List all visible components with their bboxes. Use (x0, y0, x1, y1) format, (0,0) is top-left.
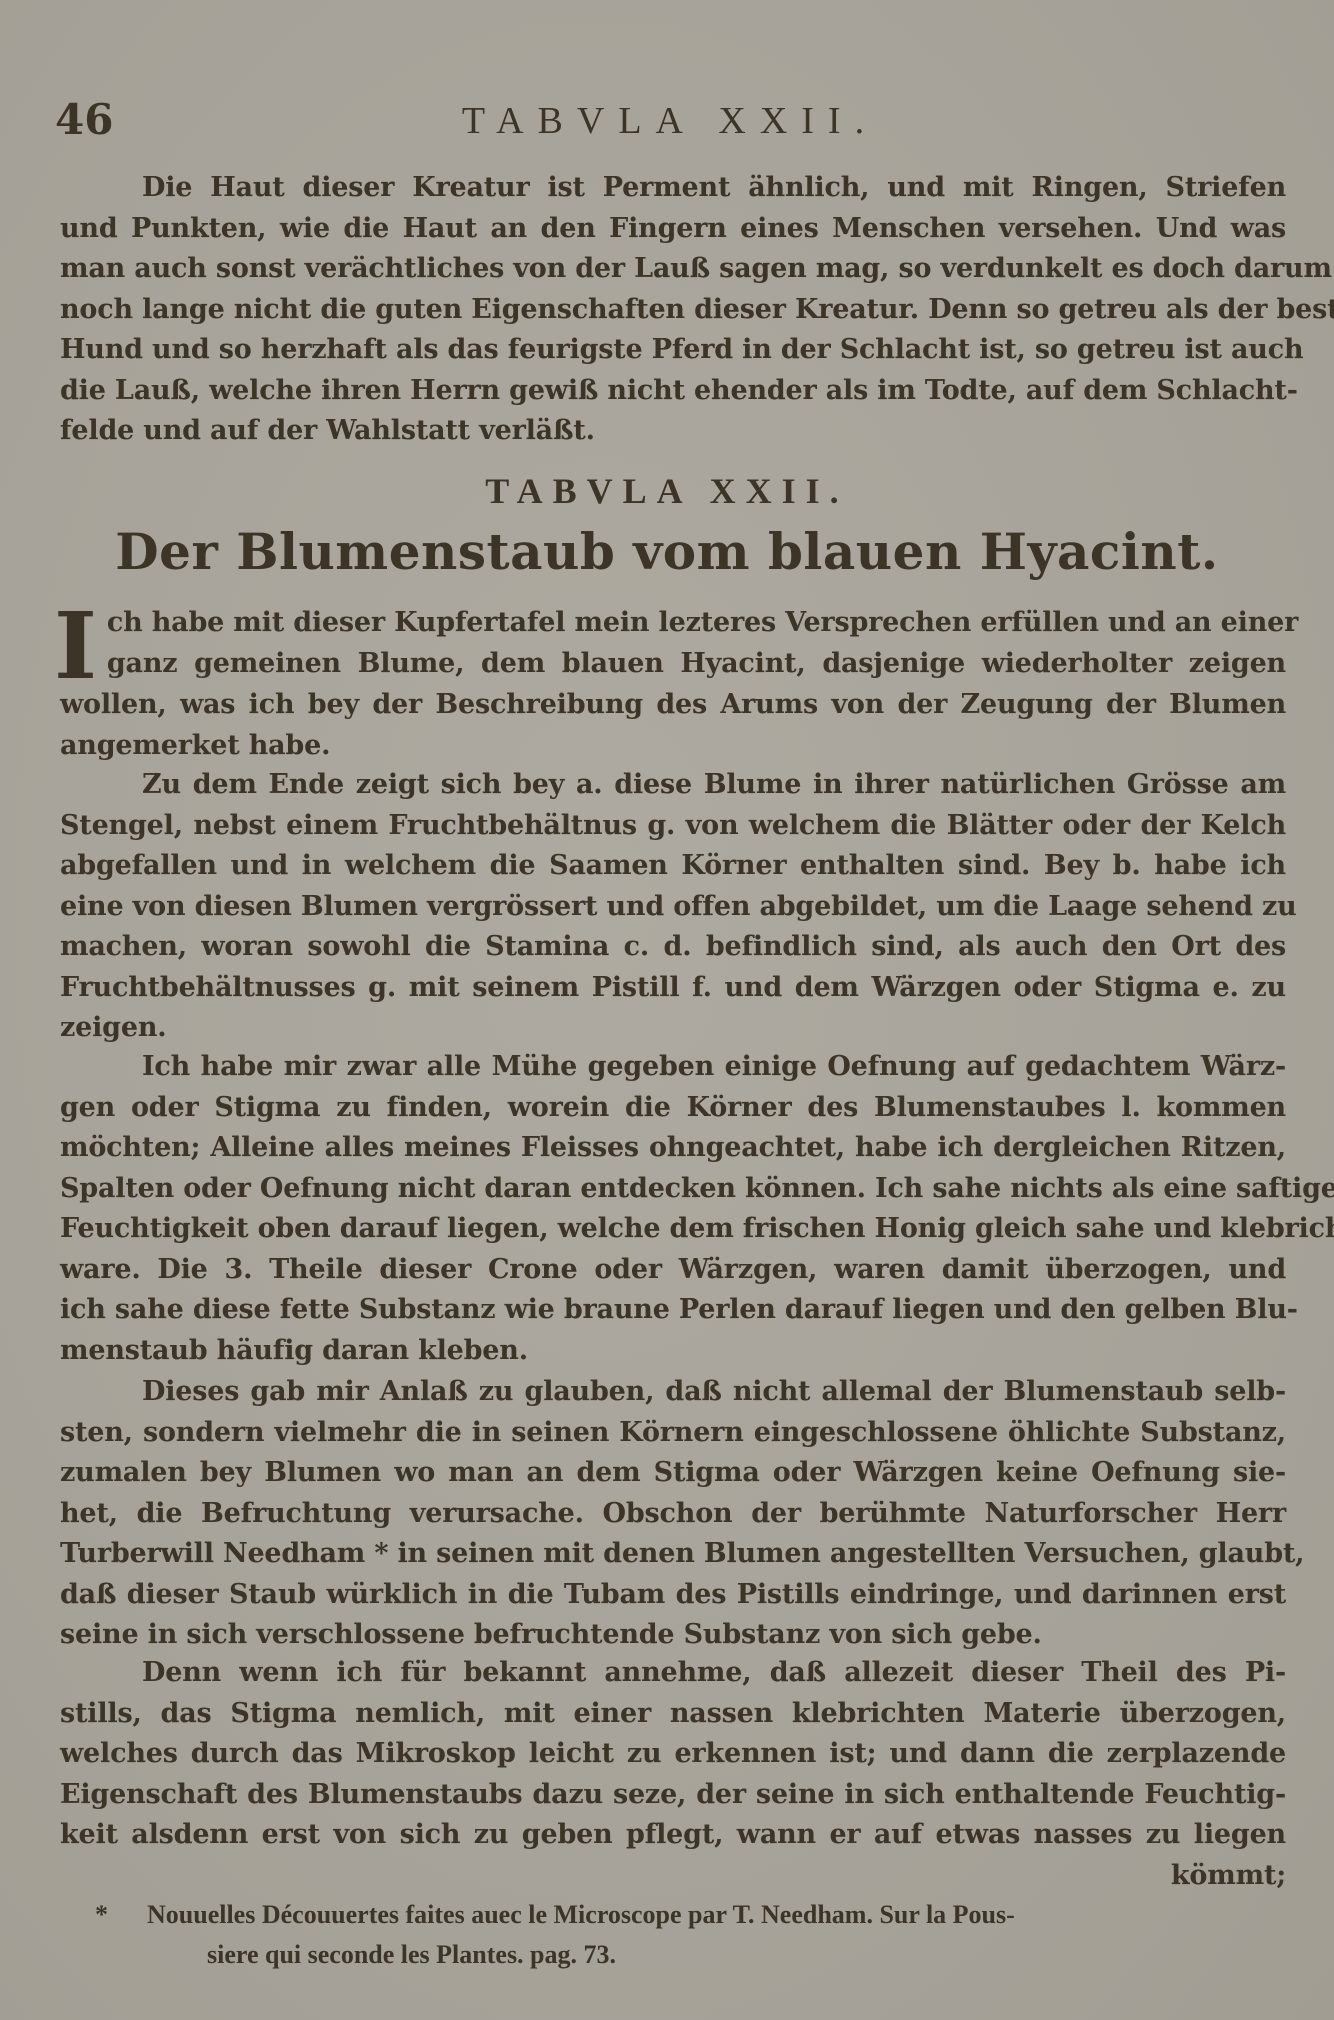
text-line: Eigenschaft des Blumenstaubs dazu seze, … (60, 1775, 1286, 1816)
text-line: het, die Befruchtung verursache. Obschon… (60, 1494, 1286, 1535)
text-line: gen oder Stigma zu finden, worein die Kö… (60, 1088, 1286, 1129)
text-line: stills, das Stigma nemlich, mit einer na… (60, 1694, 1286, 1735)
text-line: daß dieser Staub würklich in die Tubam d… (60, 1575, 1286, 1616)
text-line: und Punkten, wie die Haut an den Fingern… (60, 209, 1286, 250)
text-line: zeigen. (60, 1008, 1286, 1049)
text-line: die Lauß, welche ihren Herrn gewiß nicht… (60, 371, 1286, 412)
text-line: ware. Die 3. Theile dieser Crone oder Wä… (60, 1250, 1286, 1291)
paragraph-1: I ch habe mit dieser Kupfertafel mein le… (60, 603, 1286, 766)
text-line: abgefallen und in welchem die Saamen Kör… (60, 846, 1286, 887)
text-line: Turberwill Needham * in seinen mit denen… (60, 1534, 1286, 1575)
text-line: Fruchtbehältnusses g. mit seinem Pistill… (60, 968, 1286, 1009)
text-line: Die Haut dieser Kreatur ist Perment ähnl… (60, 168, 1286, 209)
text-line: felde und auf der Wahlstatt verläßt. (60, 411, 1286, 452)
book-page: 46 TABVLA XXII. Die Haut dieser Kreatur … (0, 0, 1334, 2020)
text-line: Stengel, nebst einem Fruchtbehältnus g. … (60, 806, 1286, 847)
paragraph-3: Ich habe mir zwar alle Mühe gegeben eini… (60, 1047, 1286, 1371)
text-line: zumalen bey Blumen wo man an dem Stigma … (60, 1453, 1286, 1494)
text-line: sten, sondern vielmehr die in seinen Kör… (60, 1413, 1286, 1454)
drop-cap: I (54, 607, 97, 685)
text-line: machen, woran sowohl die Stamina c. d. b… (60, 927, 1286, 968)
footnote-line: siere qui seconde les Plantes. pag. 73. (95, 1935, 1290, 1975)
text-line: Denn wenn ich für bekannt annehme, daß a… (60, 1653, 1286, 1694)
text-line: ganz gemeinen Blume, dem blauen Hyacint,… (60, 644, 1286, 685)
text-line: seine in sich verschlossene befruchtende… (60, 1615, 1286, 1656)
text-line: menstaub häufig daran kleben. (60, 1331, 1286, 1372)
paragraph-2: Zu dem Ende zeigt sich bey a. diese Blum… (60, 765, 1286, 1049)
text-line: Dieses gab mir Anlaß zu glauben, daß nic… (60, 1372, 1286, 1413)
text-line: eine von diesen Blumen vergrössert und o… (60, 887, 1286, 928)
text-line: Feuchtigkeit oben darauf liegen, welche … (60, 1209, 1286, 1250)
text-line: noch lange nicht die guten Eigenschaften… (60, 290, 1286, 331)
text-line: Spalten oder Oefnung nicht daran entdeck… (60, 1169, 1286, 1210)
text-line: ch habe mit dieser Kupfertafel mein lezt… (60, 603, 1286, 644)
footnote-marker: * (95, 1895, 108, 1935)
text-line: man auch sonst verächtliches von der Lau… (60, 249, 1286, 290)
text-line: Zu dem Ende zeigt sich bey a. diese Blum… (60, 765, 1286, 806)
text-line: möchten; Alleine alles meines Fleisses o… (60, 1128, 1286, 1169)
running-head: 46 TABVLA XXII. (55, 95, 1285, 145)
paragraph-5: Denn wenn ich für bekannt annehme, daß a… (60, 1653, 1286, 1896)
text-line: Hund und so herzhaft als das feurigste P… (60, 330, 1286, 371)
text-line: Ich habe mir zwar alle Mühe gegeben eini… (60, 1047, 1286, 1088)
intro-paragraph: Die Haut dieser Kreatur ist Perment ähnl… (60, 168, 1286, 452)
footnote-line: Nouuelles Découuertes faites auec le Mic… (95, 1895, 1290, 1935)
text-line: wollen, was ich bey der Beschreibung des… (60, 685, 1286, 726)
text-line: welches durch das Mikroskop leicht zu er… (60, 1734, 1286, 1775)
text-line: keit alsdenn erst von sich zu geben pfle… (60, 1815, 1286, 1856)
catchword: kömmt; (60, 1856, 1286, 1897)
text-line: angemerket habe. (60, 726, 1286, 767)
section-title: Der Blumenstaub vom blauen Hyacint. (0, 522, 1334, 581)
section-label: TABVLA XXII. (0, 470, 1334, 512)
footnote: * Nouuelles Découuertes faites auec le M… (95, 1895, 1290, 1975)
running-title: TABVLA XXII. (55, 99, 1285, 143)
text-line: ich sahe diese fette Substanz wie braune… (60, 1290, 1286, 1331)
paragraph-4: Dieses gab mir Anlaß zu glauben, daß nic… (60, 1372, 1286, 1656)
